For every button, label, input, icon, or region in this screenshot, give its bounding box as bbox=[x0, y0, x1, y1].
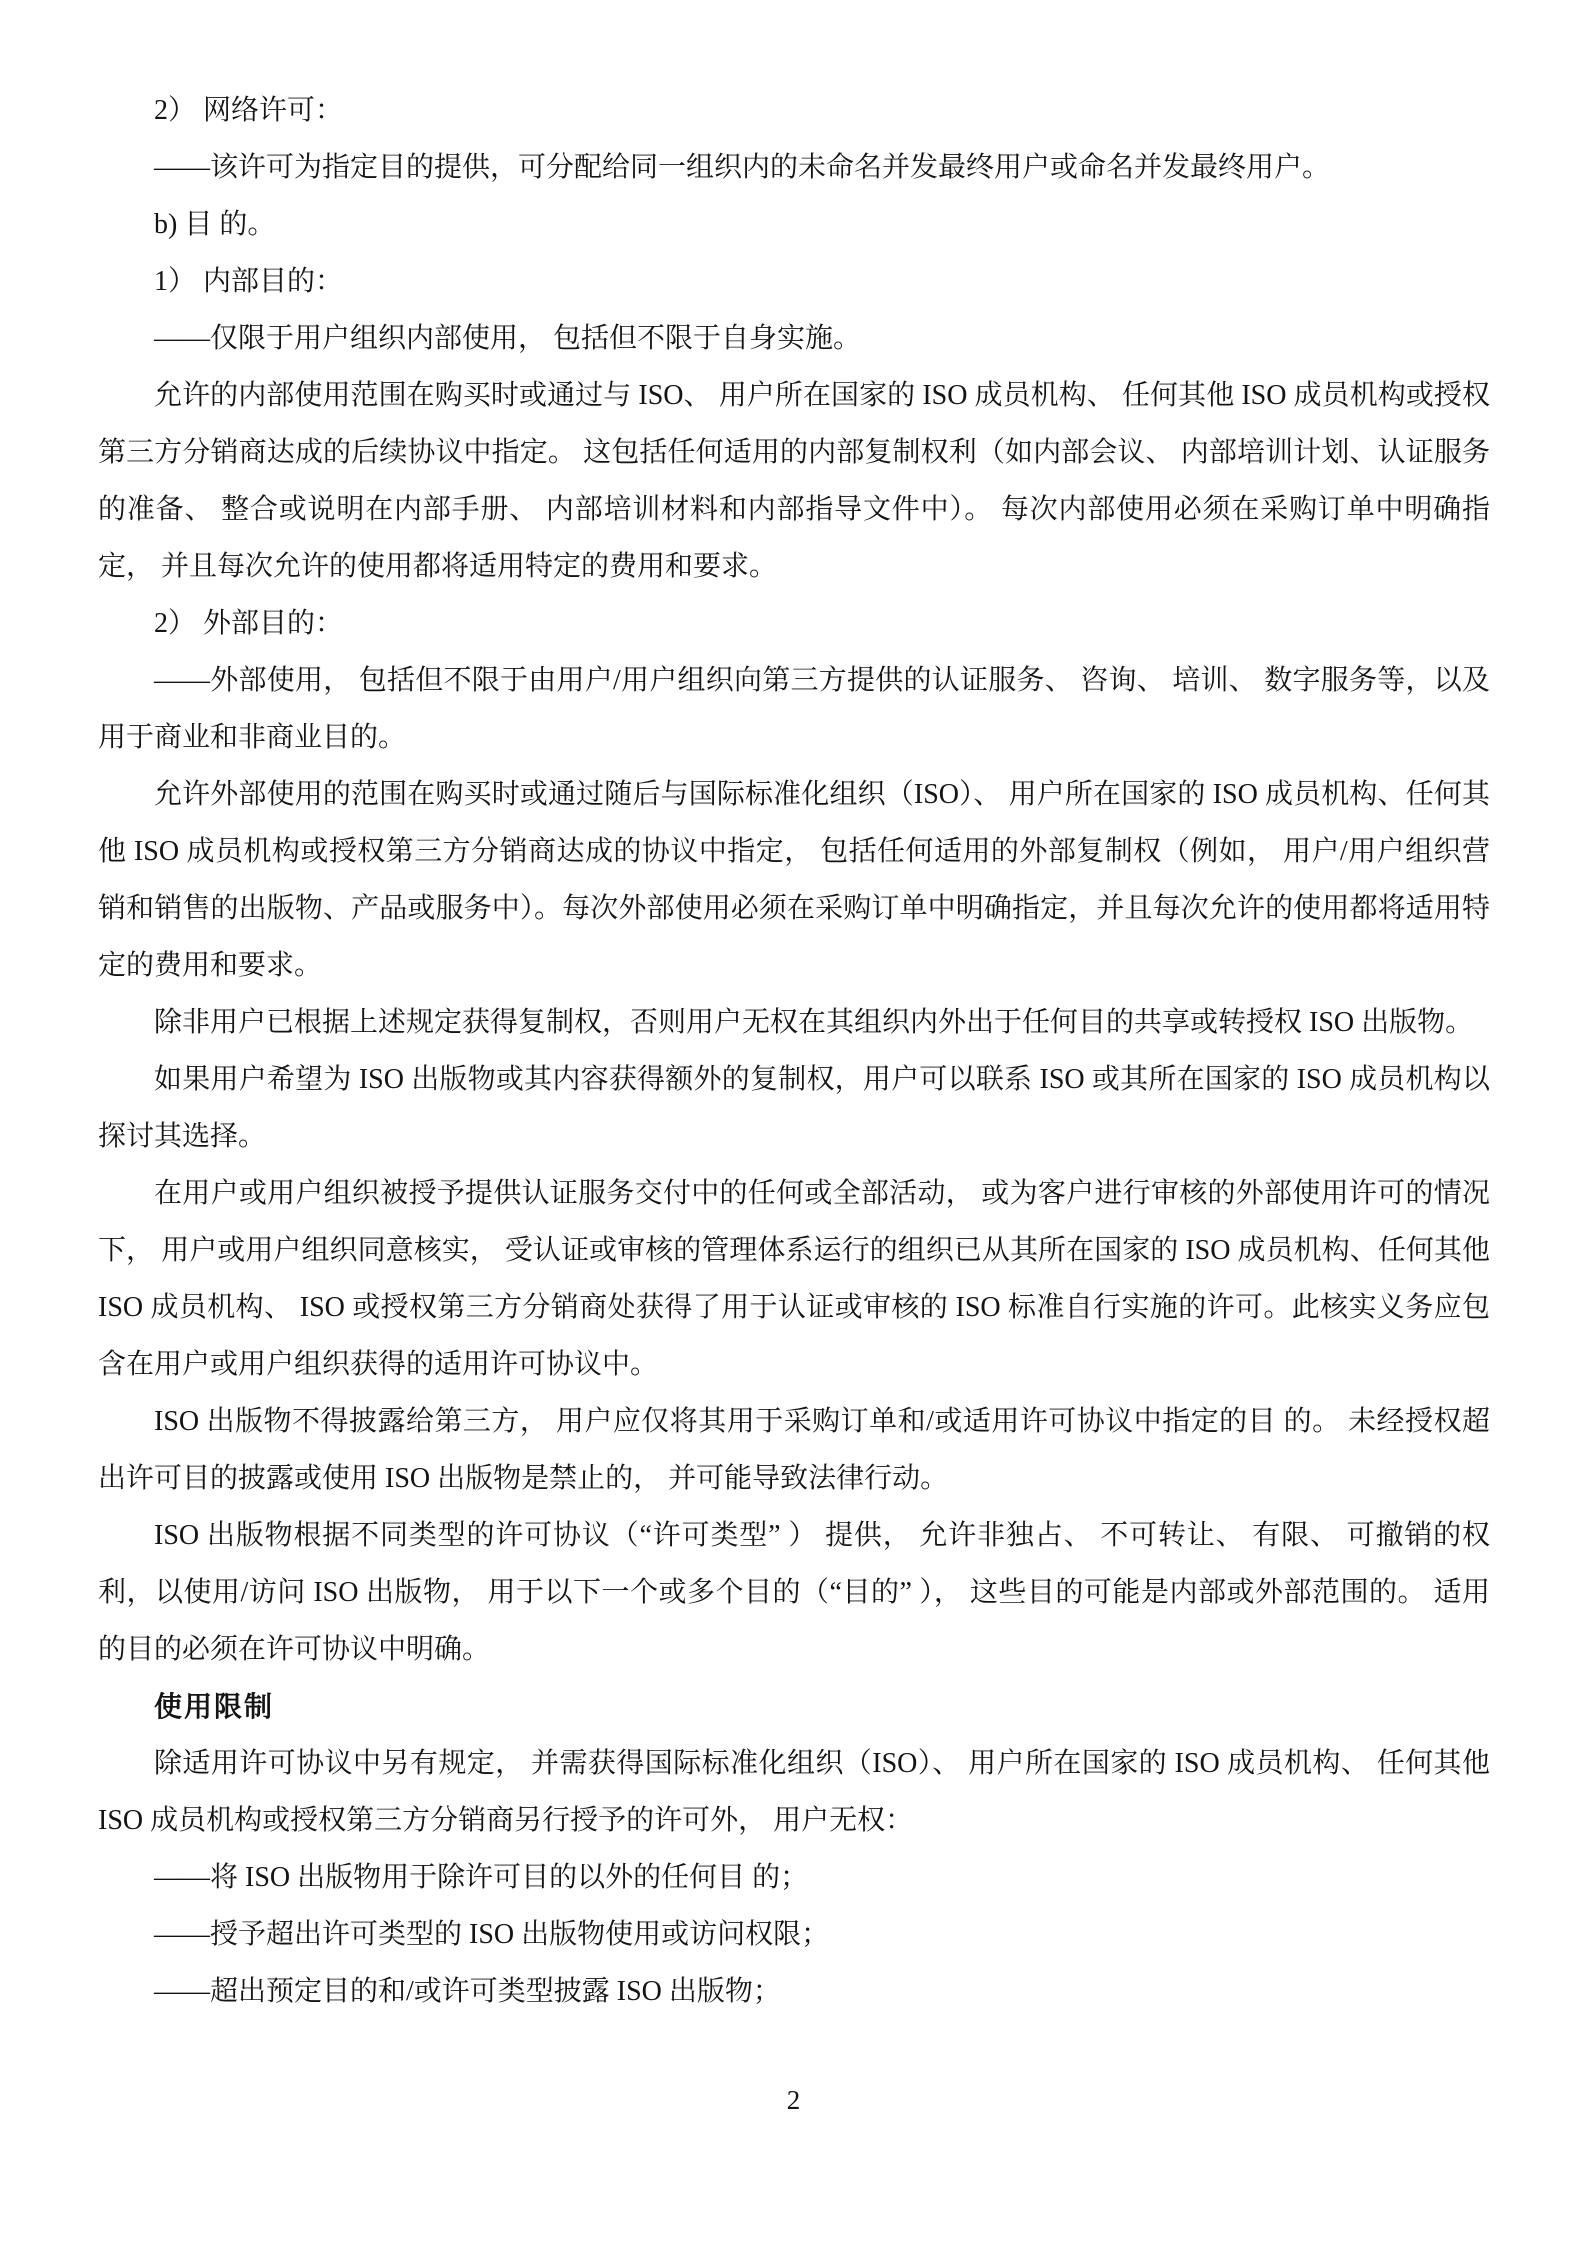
section-heading: 使用限制 bbox=[98, 1678, 1490, 1735]
paragraph: b) 目 的。 bbox=[98, 196, 1490, 253]
document-body: 2） 网络许可：——该许可为指定目的提供，可分配给同一组织内的未命名并发最终用户… bbox=[98, 82, 1490, 2020]
paragraph: ISO 出版物根据不同类型的许可协议（“许可类型” ） 提供， 允许非独占、 不… bbox=[98, 1507, 1490, 1678]
paragraph: 如果用户希望为 ISO 出版物或其内容获得额外的复制权，用户可以联系 ISO 或… bbox=[98, 1051, 1490, 1165]
paragraph: 允许外部使用的范围在购买时或通过随后与国际标准化组织（ISO）、 用户所在国家的… bbox=[98, 766, 1490, 994]
paragraph: 2） 网络许可： bbox=[98, 82, 1490, 139]
paragraph: 1） 内部目的： bbox=[98, 253, 1490, 310]
paragraph: ——将 ISO 出版物用于除许可目的以外的任何目 的； bbox=[98, 1849, 1490, 1906]
page-number: 2 bbox=[787, 2085, 801, 2115]
paragraph: 除适用许可协议中另有规定， 并需获得国际标准化组织（ISO）、 用户所在国家的 … bbox=[98, 1735, 1490, 1849]
paragraph: 允许的内部使用范围在购买时或通过与 ISO、 用户所在国家的 ISO 成员机构、… bbox=[98, 367, 1490, 595]
paragraph: 2） 外部目的： bbox=[98, 595, 1490, 652]
page-footer: 2 bbox=[0, 2072, 1587, 2129]
paragraph: 在用户或用户组织被授予提供认证服务交付中的任何或全部活动， 或为客户进行审核的外… bbox=[98, 1165, 1490, 1393]
paragraph: ——仅限于用户组织内部使用， 包括但不限于自身实施。 bbox=[98, 310, 1490, 367]
paragraph: 除非用户已根据上述规定获得复制权，否则用户无权在其组织内外出于任何目的共享或转授… bbox=[98, 994, 1490, 1051]
paragraph: ——超出预定目的和/或许可类型披露 ISO 出版物； bbox=[98, 1963, 1490, 2020]
paragraph: ——授予超出许可类型的 ISO 出版物使用或访问权限； bbox=[98, 1906, 1490, 1963]
paragraph: ——该许可为指定目的提供，可分配给同一组织内的未命名并发最终用户或命名并发最终用… bbox=[98, 139, 1490, 196]
paragraph: ——外部使用， 包括但不限于由用户/用户组织向第三方提供的认证服务、 咨询、 培… bbox=[98, 652, 1490, 766]
document-page: 2） 网络许可：——该许可为指定目的提供，可分配给同一组织内的未命名并发最终用户… bbox=[0, 0, 1587, 2245]
paragraph: ISO 出版物不得披露给第三方， 用户应仅将其用于采购订单和/或适用许可协议中指… bbox=[98, 1393, 1490, 1507]
